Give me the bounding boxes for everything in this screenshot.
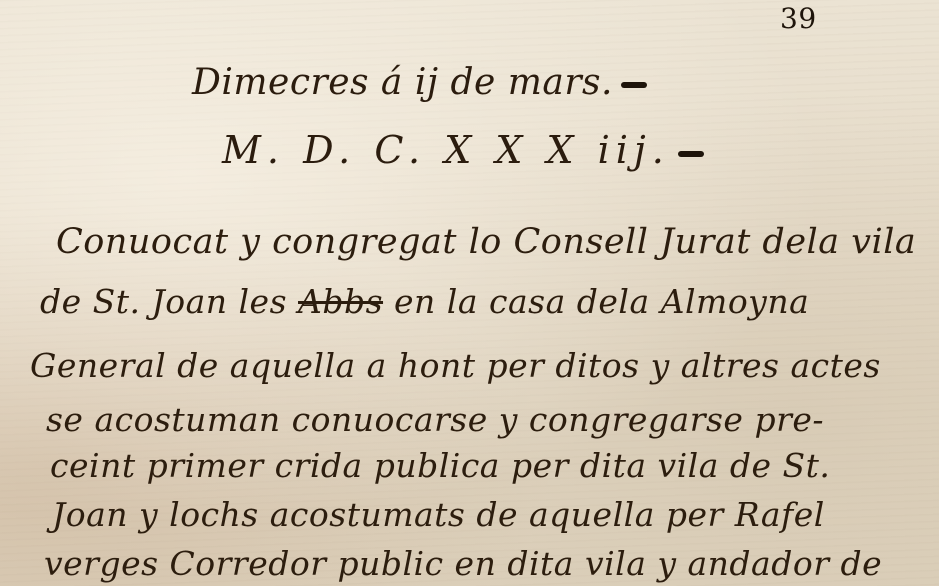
dash-mark — [678, 151, 704, 157]
page-number: 39 — [780, 2, 817, 35]
body-line-6: Joan y lochs acostumats de aquella per R… — [52, 495, 825, 534]
body-line-4: se acostuman conuocarse y congregarse pr… — [46, 400, 824, 439]
dash-mark — [621, 82, 647, 88]
body-line-2: de St. Joan les Abbs en la casa dela Alm… — [40, 282, 809, 321]
body-line-5: ceint primer crida publica per dita vila… — [50, 446, 830, 485]
manuscript-page: ​ 39 Dimecres á ij de mars. M. D. C. X X… — [0, 0, 939, 586]
body-line-3: General de aquella a hont per ditos y al… — [30, 346, 881, 385]
struck-word: Abbs — [298, 282, 383, 321]
year-heading: M. D. C. X X X iij. — [222, 128, 704, 172]
date-heading-text: Dimecres á ij de mars. — [192, 62, 613, 103]
date-heading: Dimecres á ij de mars. — [192, 62, 647, 103]
body-line-1: Conuocat y congregat lo Consell Jurat de… — [56, 222, 916, 262]
body-line-7: verges Corredor public en dita vila y an… — [44, 544, 882, 583]
year-heading-text: M. D. C. X X X iij. — [222, 128, 670, 172]
